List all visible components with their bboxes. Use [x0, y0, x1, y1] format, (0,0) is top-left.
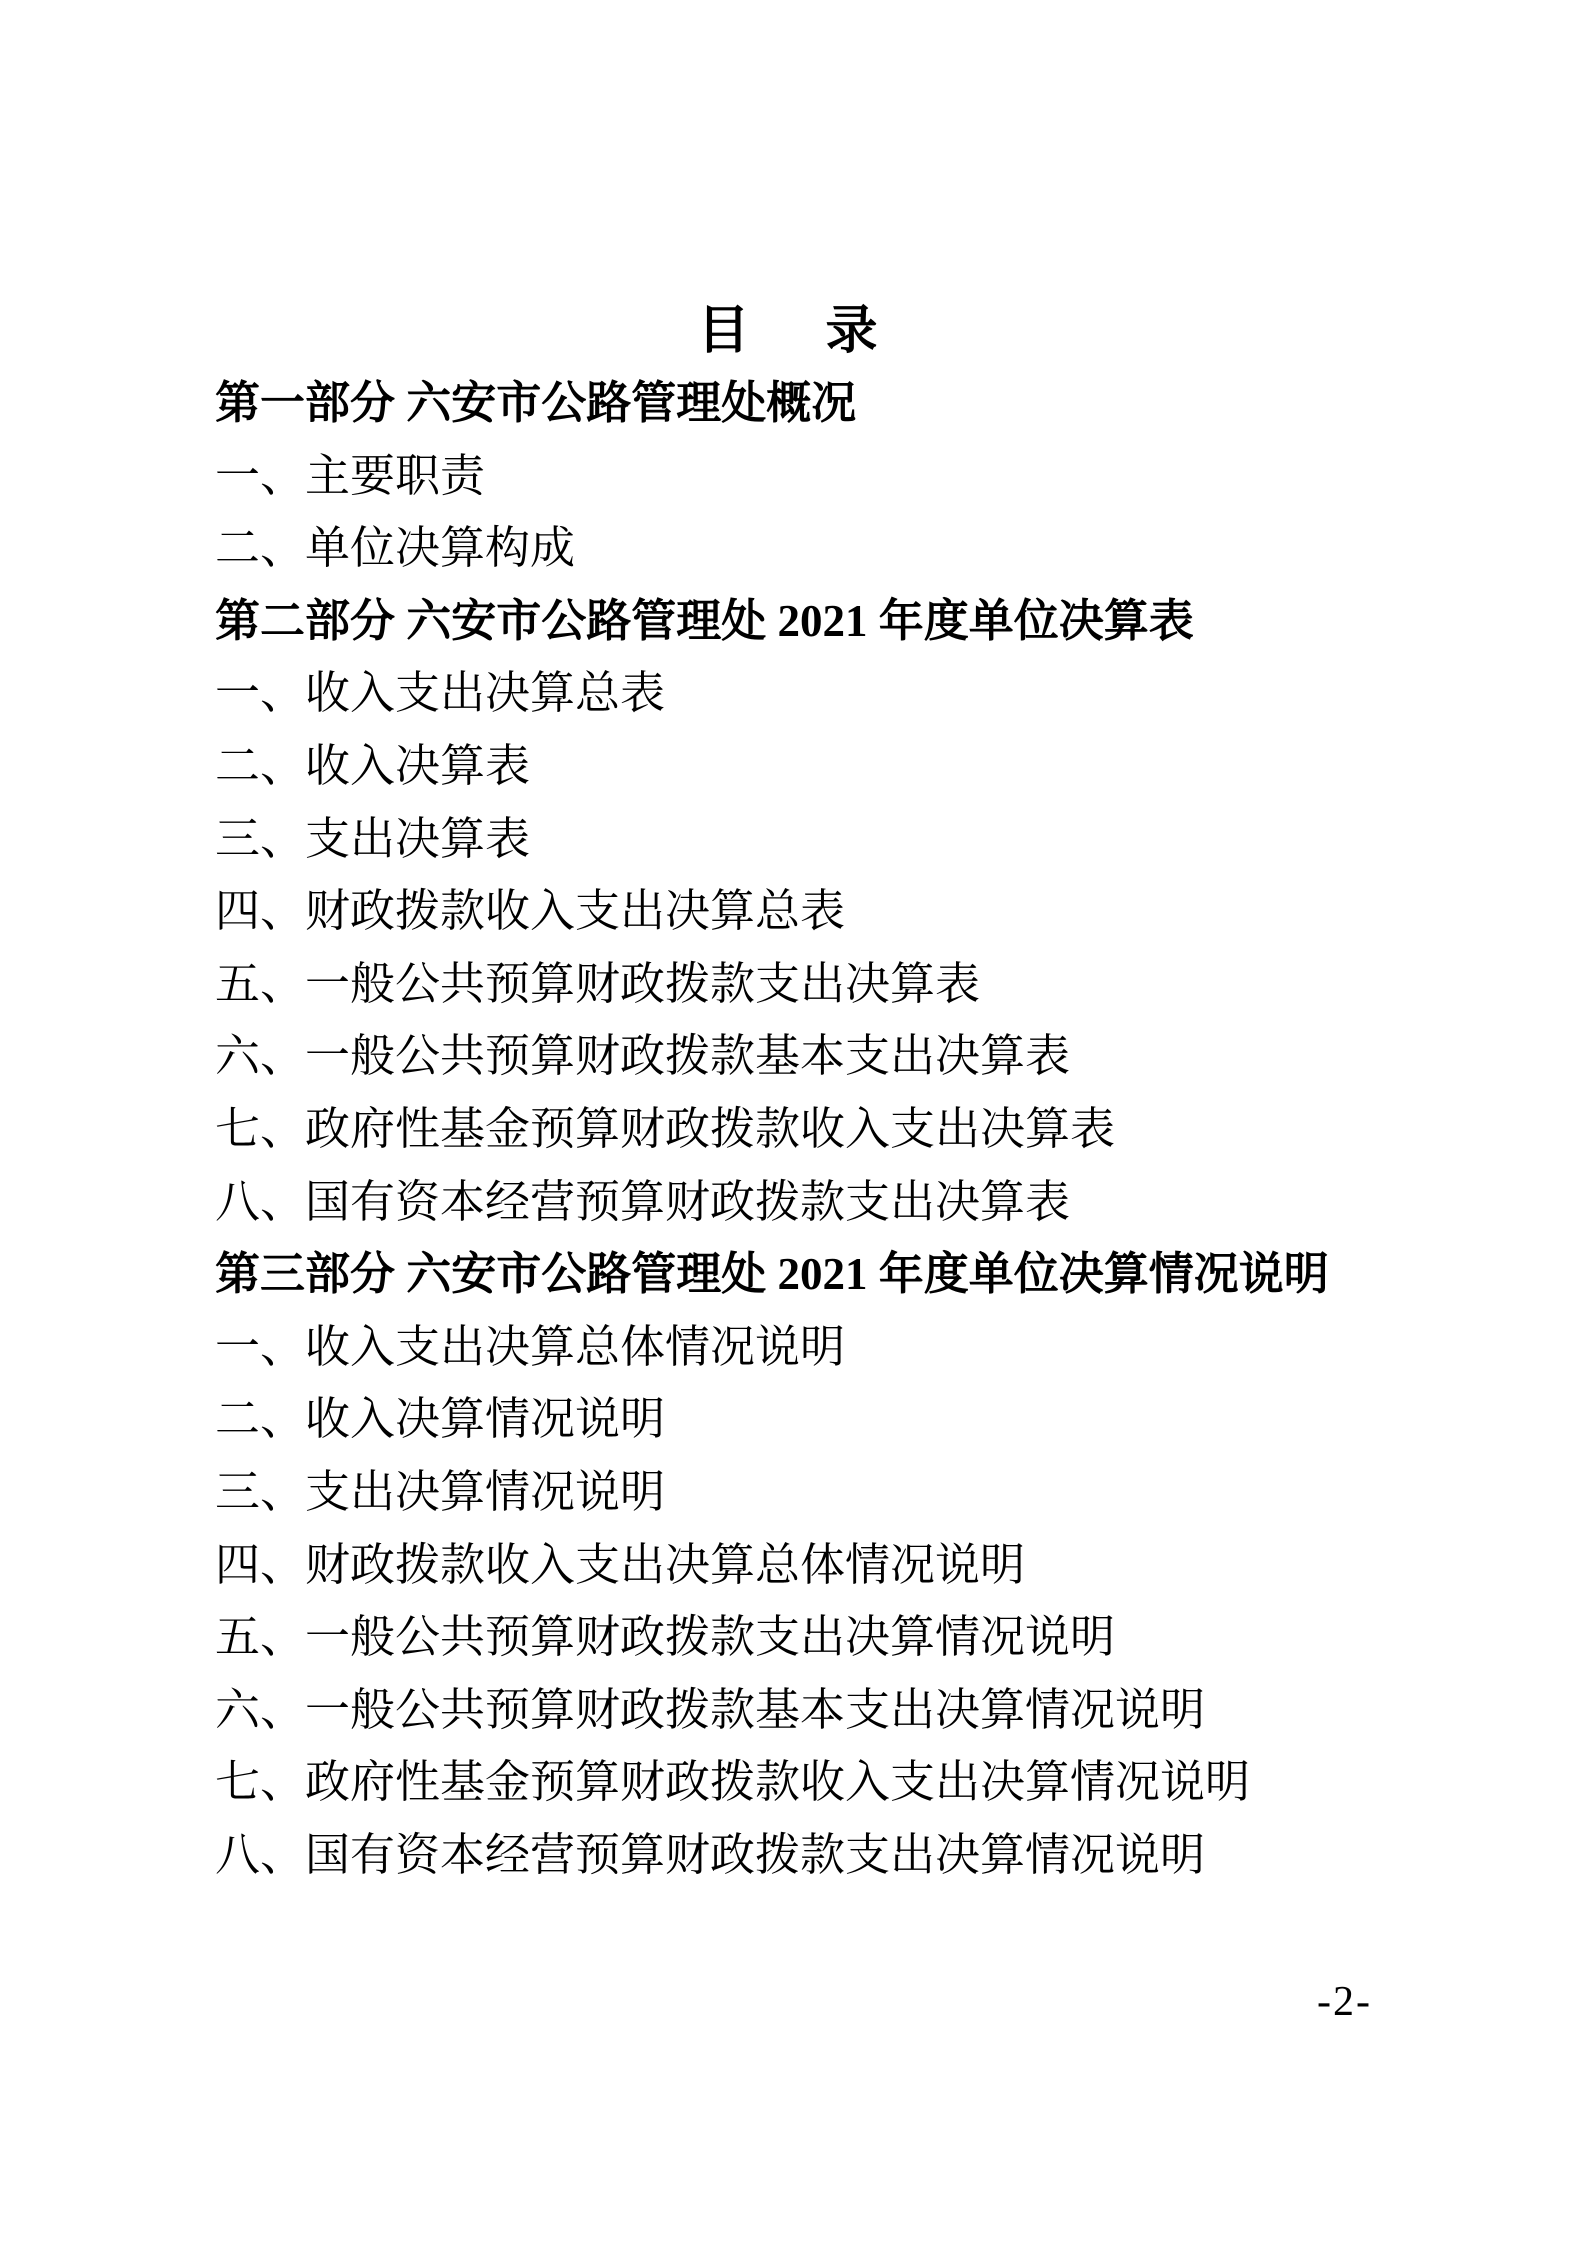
toc-part-heading: 第二部分 六安市公路管理处 2021 年度单位决算表	[215, 585, 1385, 658]
toc-item: 八、国有资本经营预算财政拨款支出决算表	[215, 1166, 1385, 1239]
toc-item: 六、一般公共预算财政拨款基本支出决算情况说明	[215, 1674, 1385, 1747]
page-number: -2-	[1317, 1978, 1372, 2026]
toc-item: 一、收入支出决算总表	[215, 657, 1385, 730]
toc-item: 八、国有资本经营预算财政拨款支出决算情况说明	[215, 1819, 1385, 1892]
toc-item: 五、一般公共预算财政拨款支出决算情况说明	[215, 1601, 1385, 1674]
toc-item: 六、一般公共预算财政拨款基本支出决算表	[215, 1020, 1385, 1093]
toc-part-heading: 第三部分 六安市公路管理处 2021 年度单位决算情况说明	[215, 1238, 1385, 1311]
toc-item: 二、收入决算情况说明	[215, 1383, 1385, 1456]
toc-item: 七、政府性基金预算财政拨款收入支出决算表	[215, 1093, 1385, 1166]
toc-part-heading: 第一部分 六安市公路管理处概况	[215, 367, 1385, 440]
toc-list: 第一部分 六安市公路管理处概况一、主要职责二、单位决算构成第二部分 六安市公路管…	[215, 367, 1385, 1891]
page-title: 目 录	[0, 288, 1587, 363]
toc-item: 二、收入决算表	[215, 730, 1385, 803]
toc-item: 一、主要职责	[215, 440, 1385, 513]
toc-item: 一、收入支出决算总体情况说明	[215, 1311, 1385, 1384]
toc-item: 四、财政拨款收入支出决算总表	[215, 875, 1385, 948]
toc-item: 五、一般公共预算财政拨款支出决算表	[215, 948, 1385, 1021]
toc-item: 三、支出决算表	[215, 803, 1385, 876]
toc-item: 四、财政拨款收入支出决算总体情况说明	[215, 1529, 1385, 1602]
document-page: 目 录 第一部分 六安市公路管理处概况一、主要职责二、单位决算构成第二部分 六安…	[0, 0, 1587, 2245]
toc-item: 三、支出决算情况说明	[215, 1456, 1385, 1529]
toc-item: 七、政府性基金预算财政拨款收入支出决算情况说明	[215, 1746, 1385, 1819]
toc-item: 二、单位决算构成	[215, 512, 1385, 585]
